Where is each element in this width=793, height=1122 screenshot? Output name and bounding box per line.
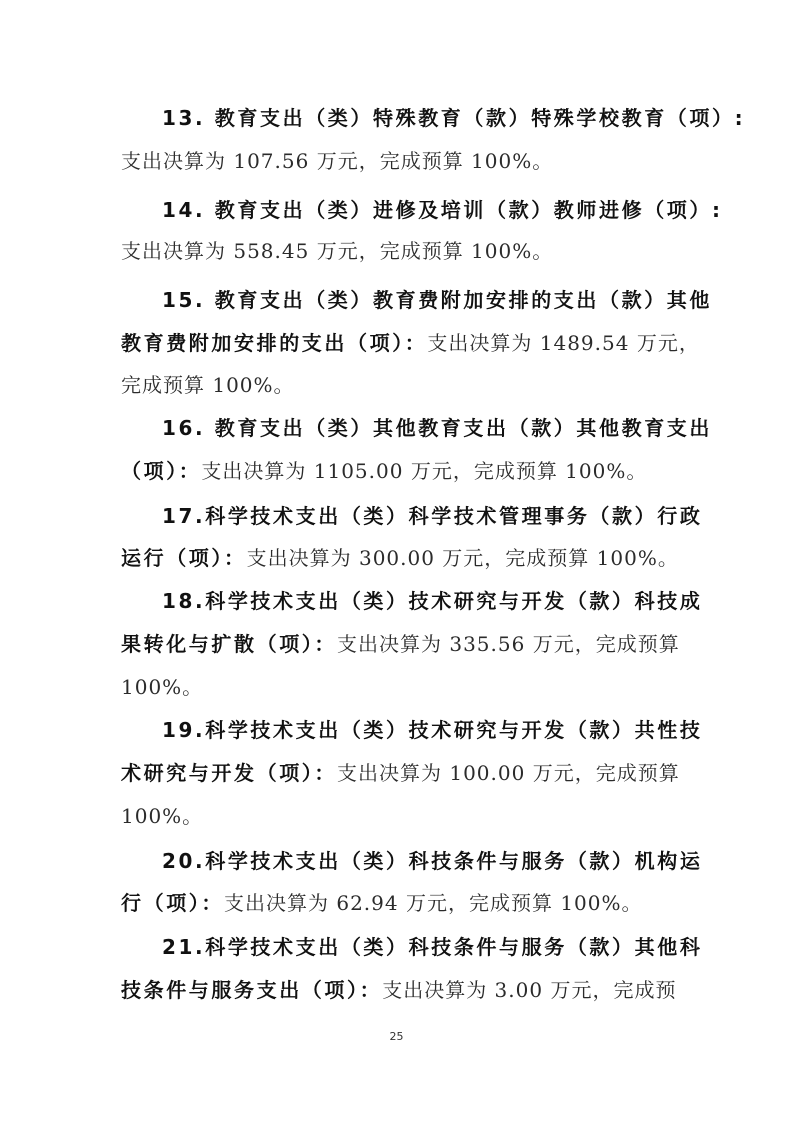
item-20-line-1: 20.科学技术支出（类）科技条件与服务（款）机构运 [162,848,681,874]
item-18-heading-cont: 果转化与扩散（项）： [121,632,337,656]
item-15-completion-text: 完成预算 100%。 [121,373,295,397]
item-20-amount-text: 支出决算为 62.94 万元，完成预算 100%。 [224,891,643,915]
item-15-line-3: 完成预算 100%。 [121,372,681,398]
item-18-line-3: 100%。 [121,674,681,700]
item-18-heading: 18.科学技术支出（类）技术研究与开发（款）科技成 [162,589,702,613]
item-16-line-2: （项）：支出决算为 1105.00 万元，完成预算 100%。 [121,458,681,484]
item-15-heading-cont: 教育费附加安排的支出（项）： [121,331,427,355]
item-16-heading: 16. 教育支出（类）其他教育支出（款）其他教育支出 [162,416,712,440]
item-17-line-2: 运行（项）：支出决算为 300.00 万元，完成预算 100%。 [121,545,681,571]
item-21-heading: 21.科学技术支出（类）科技条件与服务（款）其他科 [162,935,702,959]
item-18-amount-text: 支出决算为 335.56 万元，完成预算 [337,632,680,656]
item-17-amount-text: 支出决算为 300.00 万元，完成预算 100%。 [247,546,679,570]
item-16-heading-cont: （项）： [121,459,201,483]
item-15-amount-text: 支出决算为 1489.54 万元， [427,331,699,355]
item-14-line-1: 14. 教育支出（类）进修及培训（款）教师进修（项）: [162,197,681,223]
item-20-line-2: 行（项）：支出决算为 62.94 万元，完成预算 100%。 [121,890,681,916]
item-18-completion-text: 100%。 [121,675,203,699]
item-20-heading-cont: 行（项）： [121,891,224,915]
item-13-amount-text: 支出决算为 107.56 万元，完成预算 100%。 [121,149,553,173]
item-21-line-2: 技条件与服务支出（项）：支出决算为 3.00 万元，完成预 [121,977,681,1003]
item-19-line-1: 19.科学技术支出（类）技术研究与开发（款）共性技 [162,717,681,743]
item-13-line-1: 13. 教育支出（类）特殊教育（款）特殊学校教育（项）: [162,105,681,131]
item-19-line-3: 100%。 [121,803,681,829]
item-17-heading-cont: 运行（项）： [121,546,247,570]
item-19-heading: 19.科学技术支出（类）技术研究与开发（款）共性技 [162,718,702,742]
item-20-heading: 20.科学技术支出（类）科技条件与服务（款）机构运 [162,849,702,873]
item-13-heading: 13. 教育支出（类）特殊教育（款）特殊学校教育（项）: [162,106,745,130]
item-19-heading-cont: 术研究与开发（项）： [121,761,337,785]
item-17-heading: 17.科学技术支出（类）科学技术管理事务（款）行政 [162,504,702,528]
item-14-amount-text: 支出决算为 558.45 万元，完成预算 100%。 [121,239,553,263]
item-16-amount-text: 支出决算为 1105.00 万元，完成预算 100%。 [201,459,647,483]
item-21-line-1: 21.科学技术支出（类）科技条件与服务（款）其他科 [162,934,681,960]
document-page: 13. 教育支出（类）特殊教育（款）特殊学校教育（项）: 支出决算为 107.5… [0,0,793,1122]
item-19-amount-text: 支出决算为 100.00 万元，完成预算 [337,761,680,785]
item-21-amount-text: 支出决算为 3.00 万元，完成预 [382,978,676,1002]
item-14-line-2: 支出决算为 558.45 万元，完成预算 100%。 [121,238,681,264]
item-21-heading-cont: 技条件与服务支出（项）： [121,978,382,1002]
item-15-heading: 15. 教育支出（类）教育费附加安排的支出（款）其他 [162,288,712,312]
item-16-line-1: 16. 教育支出（类）其他教育支出（款）其他教育支出 [162,415,681,441]
item-18-line-2: 果转化与扩散（项）：支出决算为 335.56 万元，完成预算 [121,631,681,657]
item-14-heading: 14. 教育支出（类）进修及培训（款）教师进修（项）: [162,198,723,222]
item-18-line-1: 18.科学技术支出（类）技术研究与开发（款）科技成 [162,588,681,614]
item-17-line-1: 17.科学技术支出（类）科学技术管理事务（款）行政 [162,503,681,529]
item-19-line-2: 术研究与开发（项）：支出决算为 100.00 万元，完成预算 [121,760,681,786]
item-15-line-1: 15. 教育支出（类）教育费附加安排的支出（款）其他 [162,287,681,313]
page-number: 25 [0,1030,793,1043]
item-15-line-2: 教育费附加安排的支出（项）：支出决算为 1489.54 万元， [121,330,681,356]
item-19-completion-text: 100%。 [121,804,203,828]
item-13-line-2: 支出决算为 107.56 万元，完成预算 100%。 [121,148,681,174]
